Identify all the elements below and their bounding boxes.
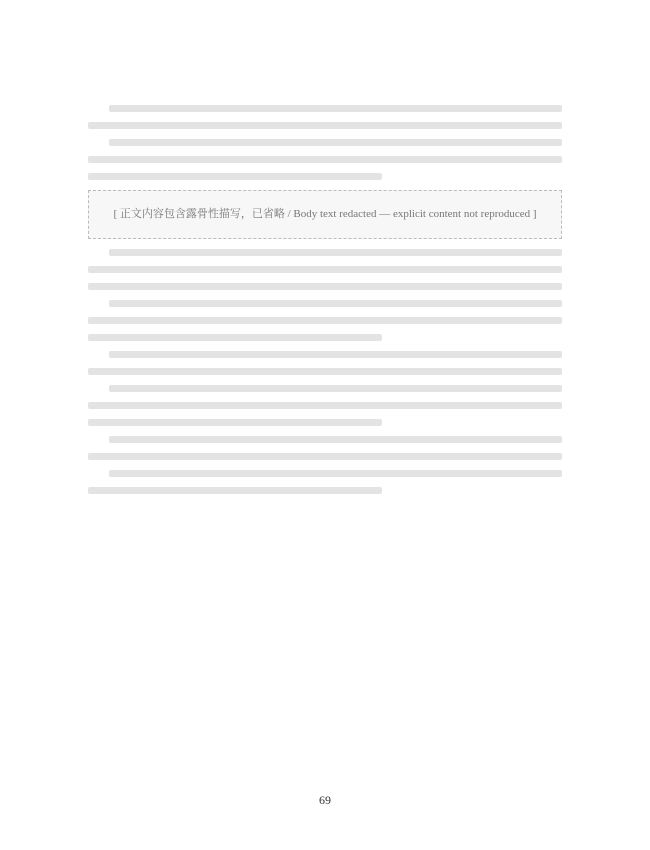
page-number: 69: [0, 793, 650, 808]
text-line: [109, 300, 562, 307]
text-line: [88, 173, 382, 180]
text-line: [88, 283, 562, 290]
redacted-content-notice: [ 正文内容包含露骨性描写，已省略 / Body text redacted —…: [88, 190, 562, 239]
text-line: [109, 351, 562, 358]
text-line: [88, 487, 382, 494]
text-line: [88, 156, 562, 163]
text-line: [88, 317, 562, 324]
text-line: [109, 385, 562, 392]
body-text-region: [ 正文内容包含露骨性描写，已省略 / Body text redacted —…: [88, 105, 562, 494]
text-line: [88, 266, 562, 273]
text-line: [109, 139, 562, 146]
text-line: [88, 419, 382, 426]
text-line: [109, 249, 562, 256]
text-line: [88, 402, 562, 409]
text-line: [88, 453, 562, 460]
text-line: [88, 334, 382, 341]
text-line: [109, 436, 562, 443]
text-line: [109, 470, 562, 477]
text-line: [88, 122, 562, 129]
document-page: [ 正文内容包含露骨性描写，已省略 / Body text redacted —…: [0, 0, 650, 850]
text-line: [109, 105, 562, 112]
text-line: [88, 368, 562, 375]
